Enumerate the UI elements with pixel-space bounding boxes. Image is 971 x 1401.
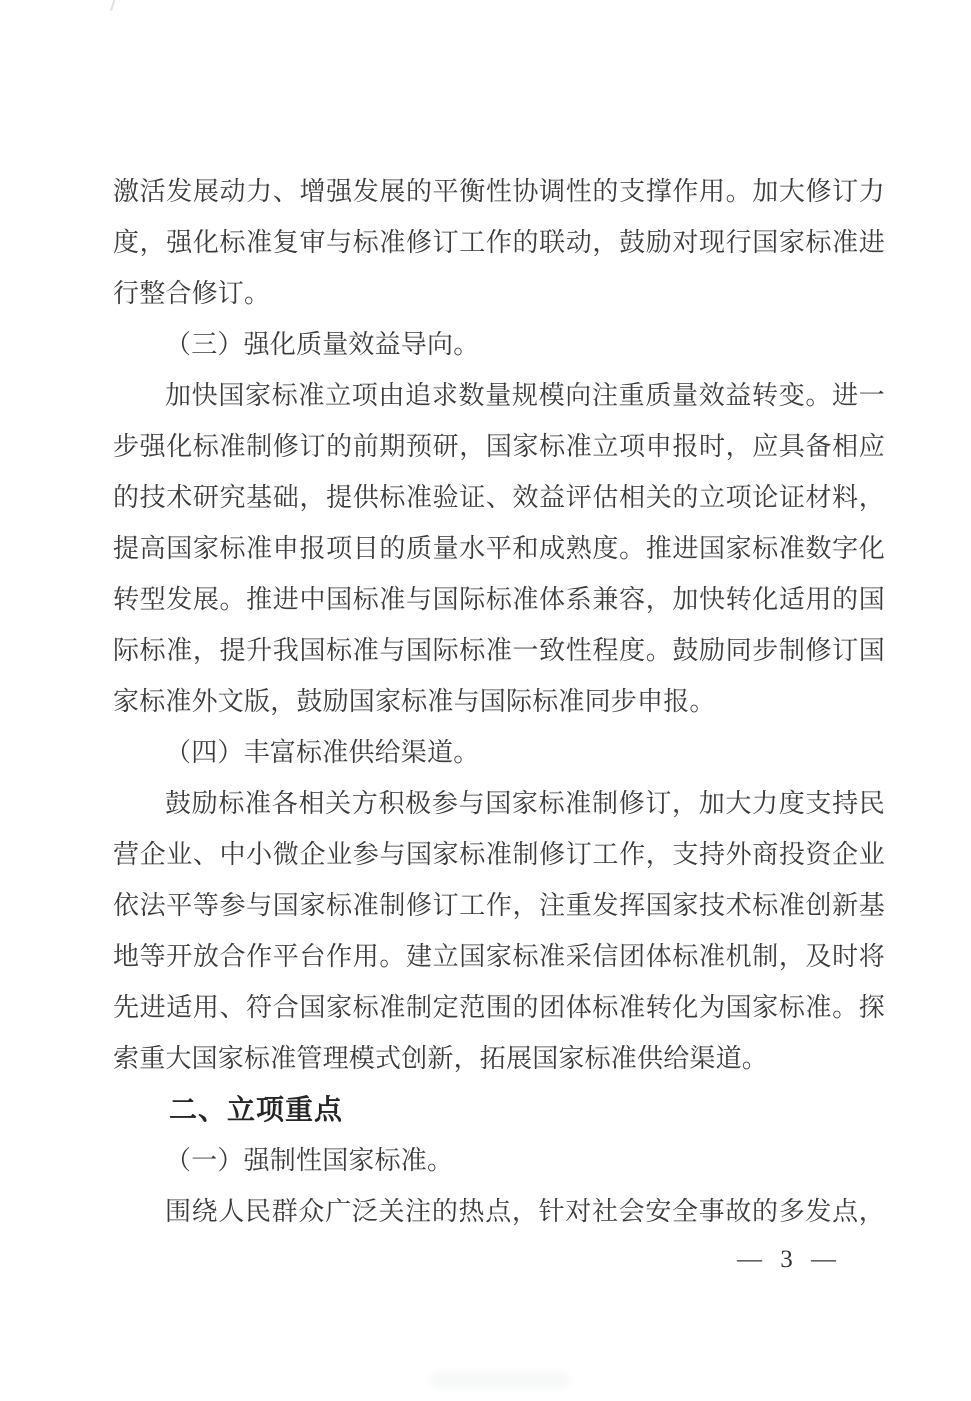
document-text-block: 激活发展动力、增强发展的平衡性协调性的支撑作用。加大修订力 度，强化标准复审与标… [113, 166, 885, 1237]
text-line: 围绕人民群众广泛关注的热点，针对社会安全事故的多发点， [113, 1186, 885, 1237]
text-line: 营企业、中小微企业参与国家标准制修订工作，支持外商投资企业 [113, 829, 885, 880]
subsection-heading-line: （三）强化质量效益导向。 [113, 319, 885, 370]
text-line: 行整合修订。 [113, 268, 885, 319]
scan-artifact [110, 0, 116, 11]
text-line: 鼓励标准各相关方积极参与国家标准制修订，加大力度支持民 [113, 778, 885, 829]
text-line: 步强化标准制修订的前期预研，国家标准立项申报时，应具备相应 [113, 421, 885, 472]
text-line: 先进适用、符合国家标准制定范围的团体标准转化为国家标准。探 [113, 982, 885, 1033]
text-line: 的技术研究基础，提供标准验证、效益评估相关的立项论证材料， [113, 472, 885, 523]
text-line: 转型发展。推进中国标准与国际标准体系兼容，加快转化适用的国 [113, 574, 885, 625]
document-page: 激活发展动力、增强发展的平衡性协调性的支撑作用。加大修订力 度，强化标准复审与标… [0, 0, 971, 1401]
text-line: 加快国家标准立项由追求数量规模向注重质量效益转变。进一 [113, 370, 885, 421]
scan-artifact [430, 1372, 570, 1388]
section-heading-line: 二、立项重点 [113, 1084, 885, 1135]
text-line: 索重大国家标准管理模式创新，拓展国家标准供给渠道。 [113, 1033, 885, 1084]
text-line: 度，强化标准复审与标准修订工作的联动，鼓励对现行国家标准进 [113, 217, 885, 268]
subsection-heading-line: （一）强制性国家标准。 [113, 1135, 885, 1186]
page-number: — 3 — [737, 1246, 839, 1274]
text-line: 家标准外文版，鼓励国家标准与国际标准同步申报。 [113, 676, 885, 727]
text-line: 提高国家标准申报项目的质量水平和成熟度。推进国家标准数字化 [113, 523, 885, 574]
text-line: 地等开放合作平台作用。建立国家标准采信团体标准机制，及时将 [113, 931, 885, 982]
text-line: 依法平等参与国家标准制修订工作，注重发挥国家技术标准创新基 [113, 880, 885, 931]
text-line: 际标准，提升我国标准与国际标准一致性程度。鼓励同步制修订国 [113, 625, 885, 676]
text-line: 激活发展动力、增强发展的平衡性协调性的支撑作用。加大修订力 [113, 166, 885, 217]
subsection-heading-line: （四）丰富标准供给渠道。 [113, 727, 885, 778]
